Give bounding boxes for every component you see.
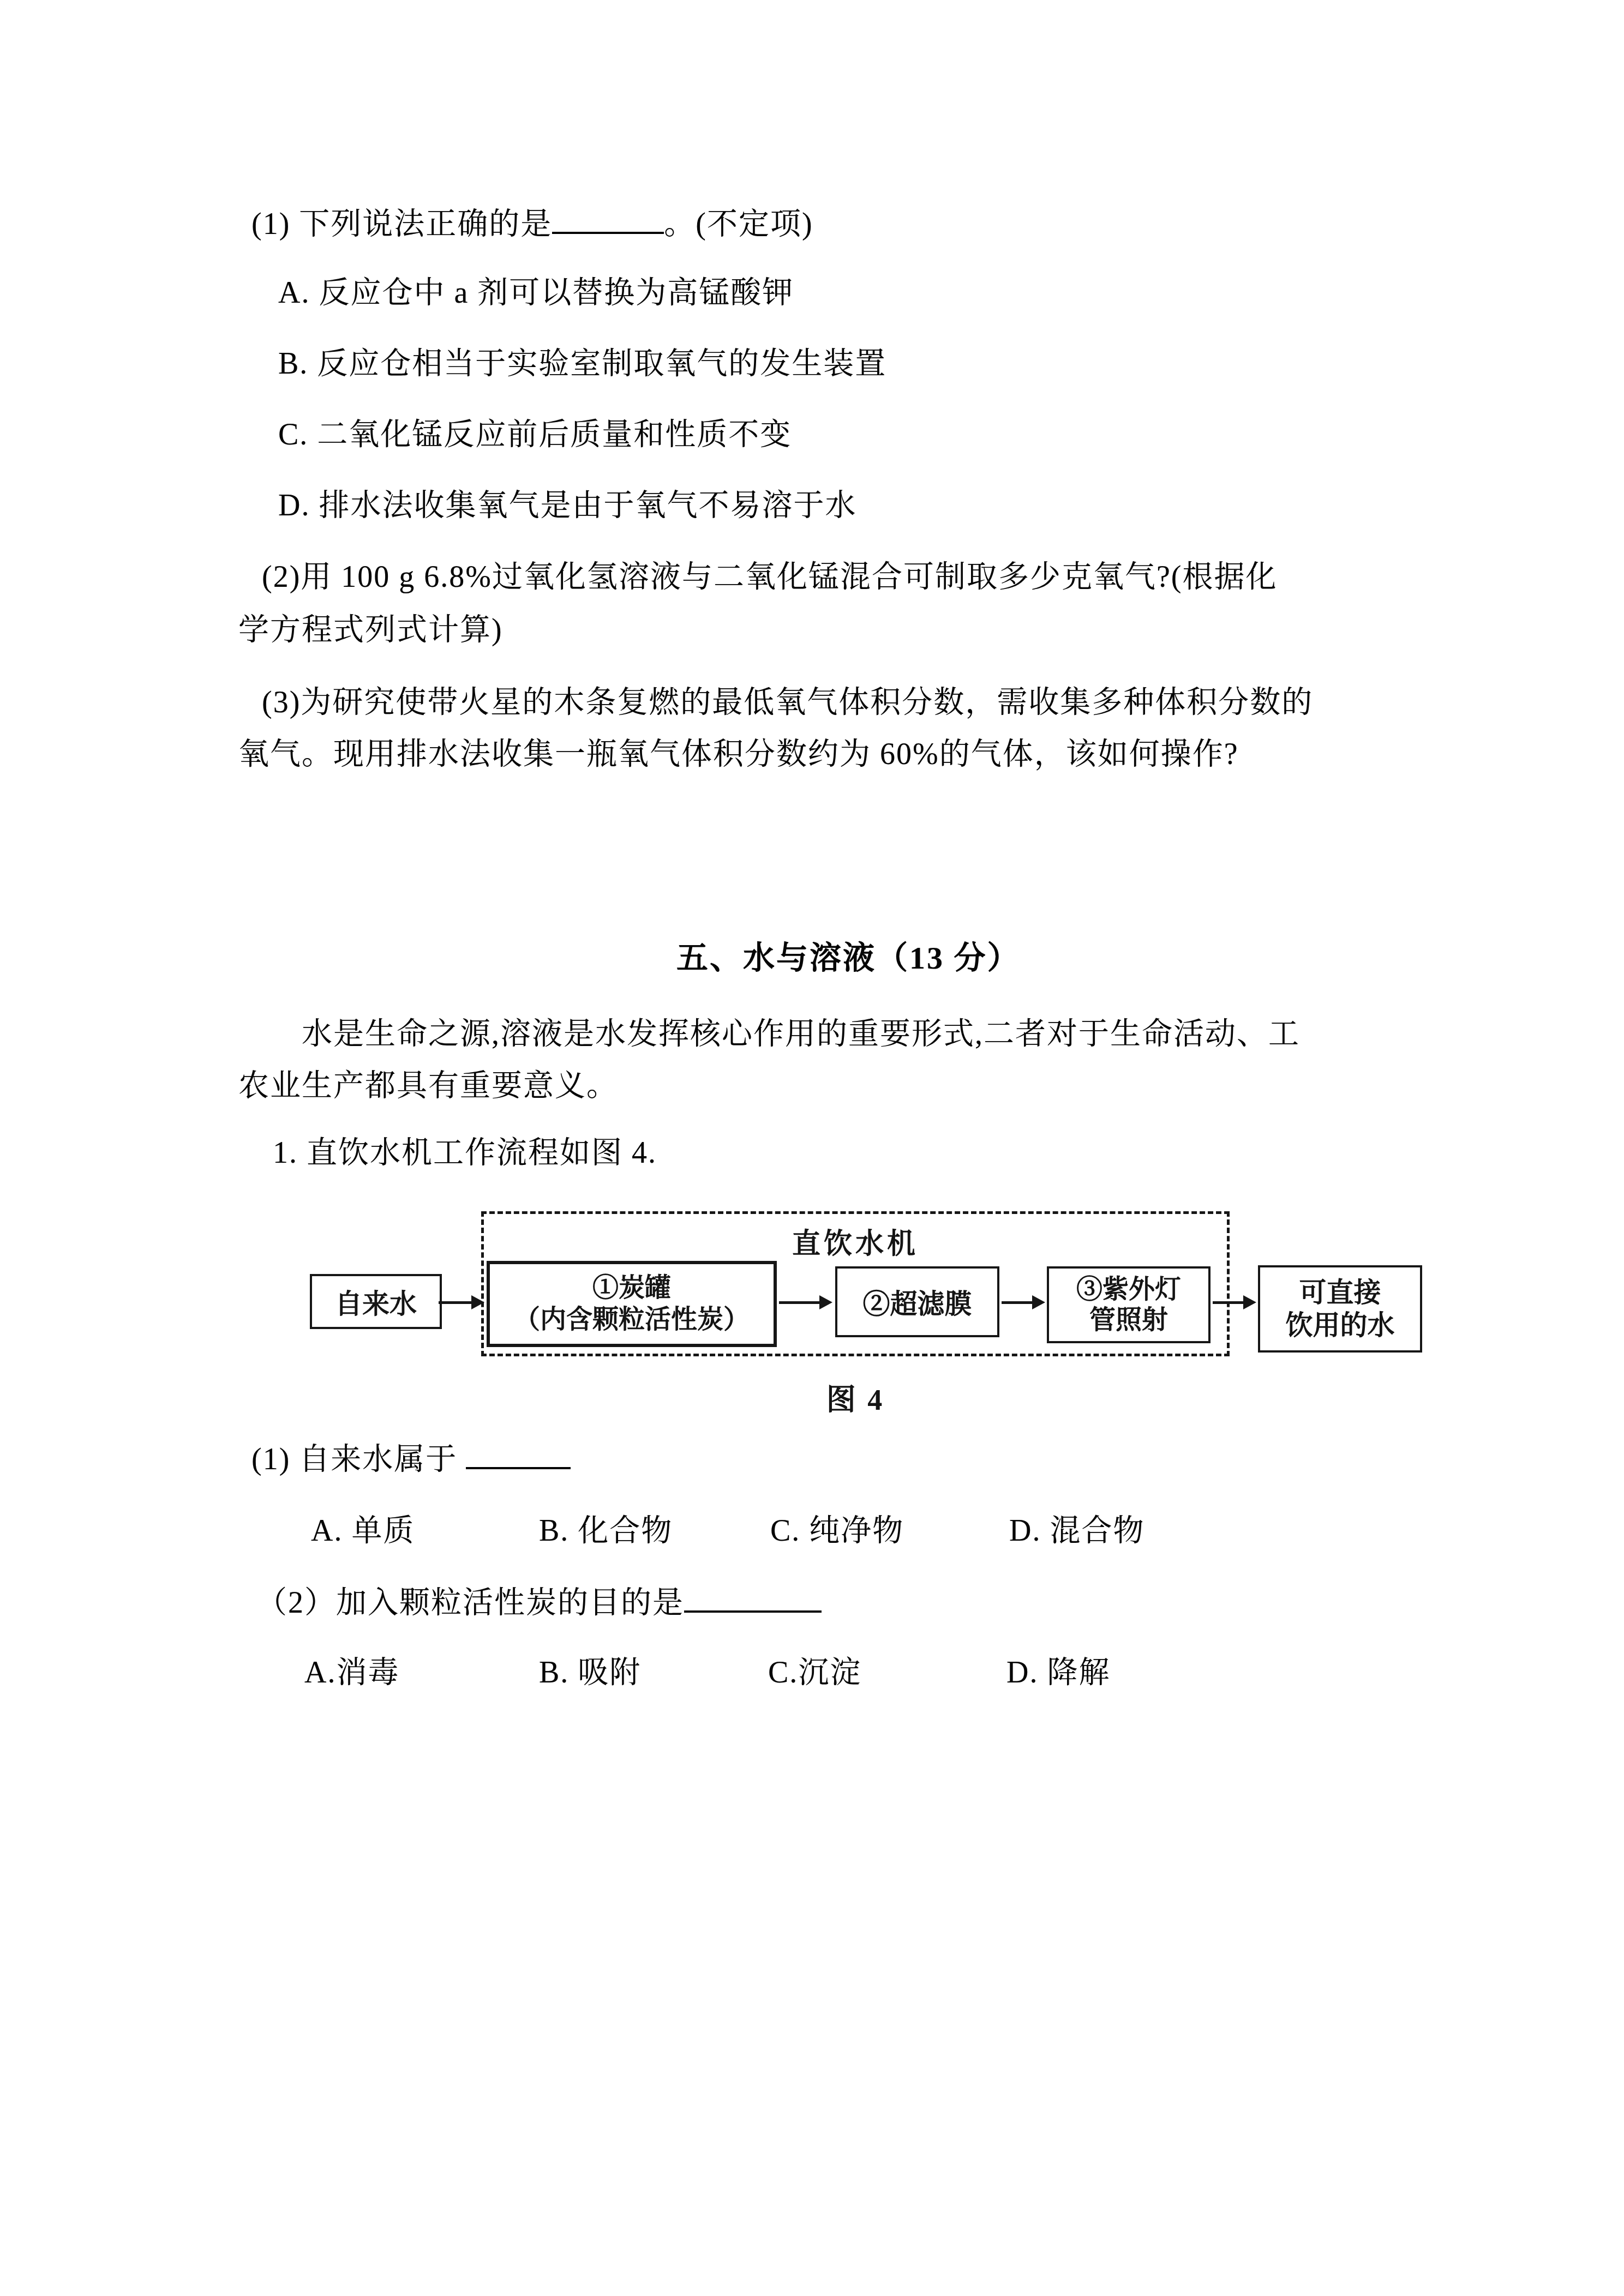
- figure-caption: 图 4: [481, 1377, 1230, 1419]
- sub-q1-option-d: D. 混合物: [1009, 1513, 1144, 1548]
- sub-question-1-text: (1) 自来水属于: [251, 1442, 466, 1476]
- sub-question-1-stem: (1) 自来水属于: [251, 1440, 571, 1477]
- tap-water-label: 自来水: [335, 1282, 417, 1321]
- carbon-canister-box: ①炭罐 （内含颗粒活性炭）: [487, 1261, 777, 1347]
- flow-diagram: 直饮水机 自来水 ①炭罐 （内含颗粒活性炭） ②超滤膜 ③紫外灯 管照射 可直接…: [0, 0, 1624, 327]
- intro-line-2: 农业生产都具有重要意义。: [238, 1068, 618, 1103]
- question-2-line-1: (2)用 100 g 6.8%过氧化氢溶液与二氧化锰混合可制取多少克氧气?(根据…: [262, 560, 1277, 594]
- flow-arrow-4: [1213, 1301, 1244, 1304]
- exam-page: (1) 下列说法正确的是。(不定项) A. 反应仓中 a 剂可以替换为高锰酸钾 …: [0, 0, 1624, 2296]
- tap-water-box: 自来水: [310, 1274, 442, 1329]
- uv-lamp-line-1: ③紫外灯: [1076, 1275, 1181, 1305]
- option-b: B. 反应仓相当于实验室制取氧气的发生装置: [278, 346, 886, 381]
- sub-question-2-text: （2）加入颗粒活性炭的目的是: [256, 1586, 684, 1620]
- sub-q1-option-b: B. 化合物: [539, 1513, 673, 1548]
- uv-lamp-box: ③紫外灯 管照射: [1047, 1266, 1210, 1343]
- intro-line-1: 水是生命之源,溶液是水发挥核心作用的重要形式,二者对于生命活动、工: [302, 1017, 1300, 1051]
- ultrafiltration-box: ②超滤膜: [835, 1266, 999, 1337]
- option-d: D. 排水法收集氧气是由于氧气不易溶于水: [278, 488, 856, 523]
- sub-question-2-stem: （2）加入颗粒活性炭的目的是: [256, 1583, 822, 1620]
- uv-lamp-line-2: 管照射: [1089, 1305, 1168, 1336]
- sub-q2-option-b: B. 吸附: [539, 1655, 641, 1690]
- section-title: 五、水与溶液（13 分）: [676, 941, 1021, 976]
- drinkable-water-line-2: 饮用的水: [1286, 1309, 1395, 1342]
- sub-q2-option-c: C.沉淀: [768, 1655, 861, 1690]
- carbon-canister-line-1: ①炭罐: [592, 1272, 671, 1304]
- answer-blank: [466, 1440, 571, 1469]
- option-c: C. 二氧化锰反应前后质量和性质不变: [278, 417, 792, 452]
- item-1-stem: 1. 直饮水机工作流程如图 4.: [273, 1135, 657, 1170]
- flow-arrow-3: [1002, 1301, 1033, 1304]
- sub-q1-option-a: A. 单质: [311, 1513, 415, 1548]
- sub-q1-option-c: C. 纯净物: [770, 1513, 904, 1548]
- flow-arrow-1: [439, 1301, 472, 1304]
- carbon-canister-line-2: （内含颗粒活性炭）: [514, 1304, 750, 1336]
- question-3-line-2: 氧气。现用排水法收集一瓶氧气体积分数约为 60%的气体，该如何操作?: [238, 737, 1239, 772]
- drinkable-water-line-1: 可直接: [1299, 1276, 1381, 1309]
- sub-q2-option-d: D. 降解: [1006, 1655, 1110, 1690]
- flow-arrow-2: [779, 1301, 820, 1304]
- sub-q2-option-a: A.消毒: [304, 1655, 399, 1690]
- question-2-line-2: 学方程式列式计算): [238, 612, 503, 647]
- question-3-line-1: (3)为研究使带火星的木条复燃的最低氧气体积分数，需收集多种体积分数的: [262, 685, 1313, 720]
- ultrafiltration-label: ②超滤膜: [863, 1282, 972, 1321]
- machine-label: 直饮水机: [481, 1221, 1230, 1261]
- answer-blank: [684, 1583, 822, 1613]
- drinkable-water-box: 可直接 饮用的水: [1258, 1265, 1422, 1353]
